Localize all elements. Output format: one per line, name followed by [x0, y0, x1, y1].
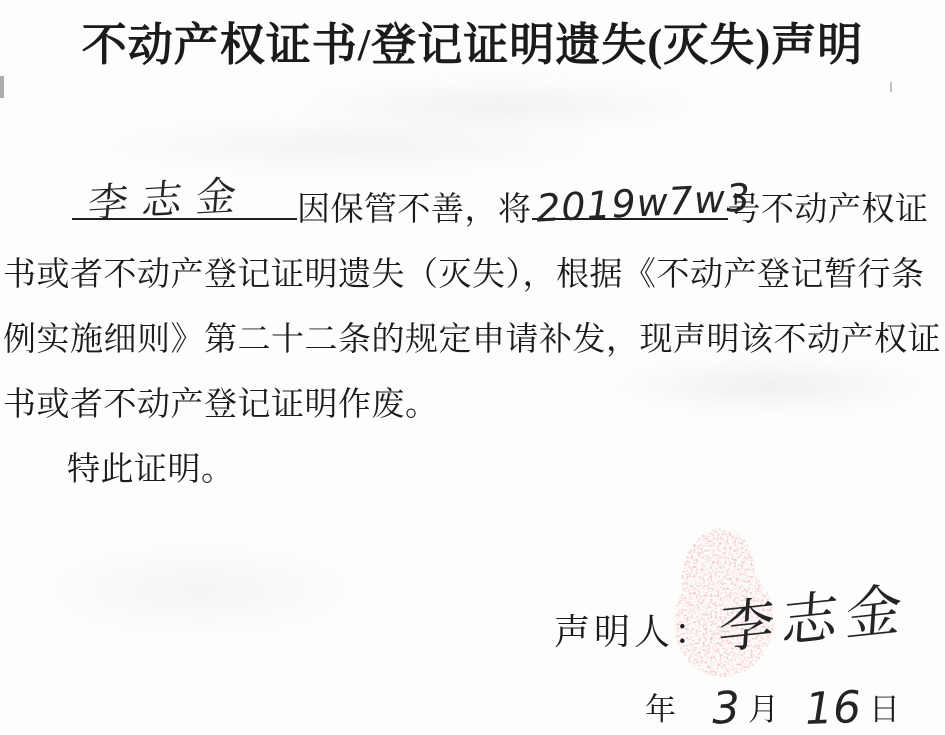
body-line-4: 书或者不动产登记证明作废。 — [3, 373, 943, 438]
body-line-3: 例实施细则》第二十二条的规定申请补发，现声明该不动产权证 — [3, 308, 943, 373]
closing-statement: 特此证明。 — [67, 438, 943, 503]
document-title: 不动产权证书/登记证明遗失(灭失)声明 — [0, 8, 945, 73]
scan-speck-artifact — [890, 82, 892, 92]
handwritten-signature: 李志金 — [717, 582, 912, 659]
body-line1-text-after-number: 号不动产权证 — [728, 192, 929, 228]
month-label: 月 — [748, 684, 779, 729]
handwritten-day: 16 — [804, 686, 862, 732]
certificate-number-blank-underline: 2019w7w3 — [532, 172, 728, 220]
handwritten-month: 3 — [711, 687, 741, 732]
scan-edge-artifact — [0, 76, 4, 98]
year-label: 年 — [645, 684, 676, 729]
day-label: 日 — [869, 684, 900, 729]
declarant-name-blank-underline: 李志金 — [72, 172, 297, 220]
body-line-1: 李志金 因保管不善，将 2019w7w3 号不动产权证 — [3, 172, 943, 243]
body-line-2: 书或者不动产登记证明遗失（灭失），根据《不动产登记暂行条 — [3, 243, 943, 308]
bleed-through-smudge — [290, 78, 710, 133]
declarant-label: 声明人： — [554, 612, 714, 652]
handwritten-declarant-name: 李志金 — [86, 176, 251, 225]
bleed-through-smudge — [40, 545, 360, 635]
handwritten-certificate-number: 2019w7w3 — [535, 178, 752, 227]
bleed-through-smudge — [90, 118, 610, 173]
document-body: 李志金 因保管不善，将 2019w7w3 号不动产权证 书或者不动产登记证明遗失… — [3, 172, 943, 503]
signature-row: 声明人：李志金 — [554, 598, 906, 655]
body-line1-text-before-number: 因保管不善，将 — [297, 192, 532, 228]
scanned-declaration-document: 不动产权证书/登记证明遗失(灭失)声明 李志金 因保管不善，将 2019w7w3… — [0, 0, 945, 735]
date-row: 年3月16日 — [645, 684, 900, 729]
